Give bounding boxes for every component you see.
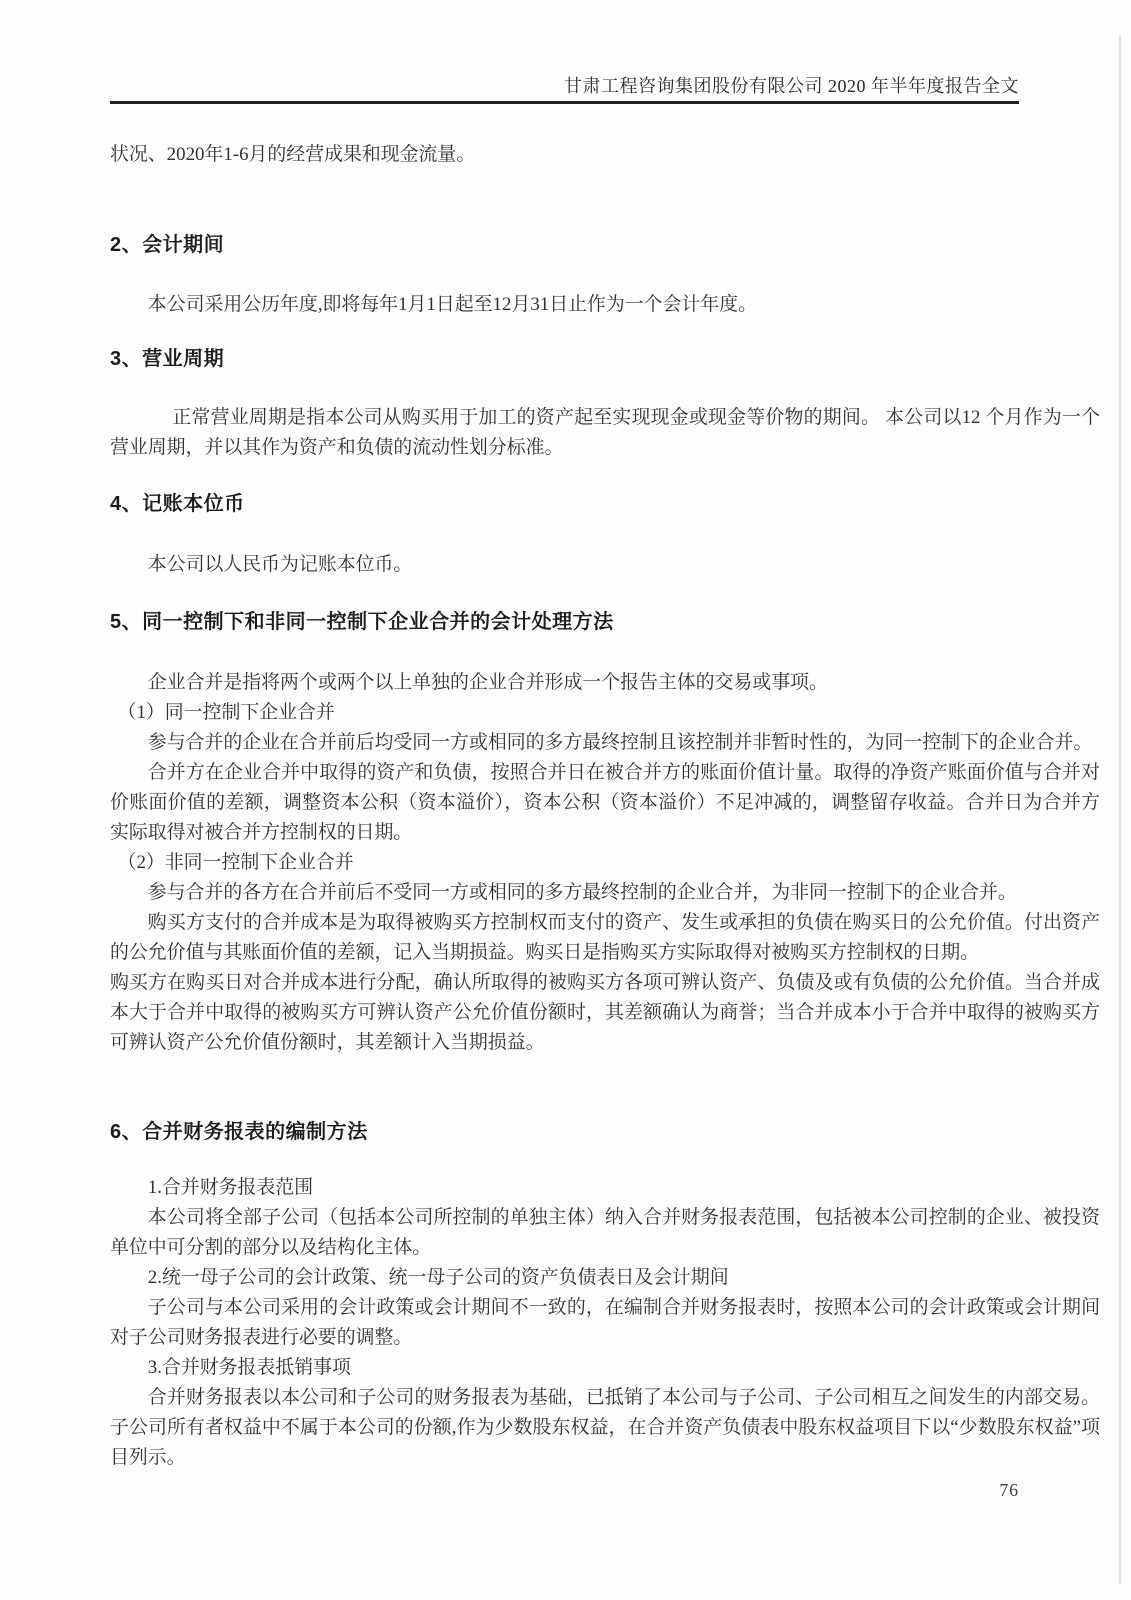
paragraph: 子公司与本公司采用的会计政策或会计期间不一致的，在编制合并财务报表时，按照本公司… <box>110 1293 1100 1353</box>
section-heading-business-combination: 5、同一控制下和非同一控制下企业合并的会计处理方法 <box>110 605 1100 639</box>
report-page: 甘肃工程咨询集团股份有限公司 2020 年半年度报告全文 状况、2020年1-6… <box>0 0 1131 1600</box>
paragraph: 2.统一母子公司的会计政策、统一母子公司的资产负债表日及会计期间 <box>110 1263 1100 1293</box>
scan-edge-artifact <box>1119 35 1121 1585</box>
paragraph: 购买方支付的合并成本是为取得被购买方控制权而支付的资产、发生或承担的负债在购买日… <box>110 908 1100 968</box>
running-header-title: 甘肃工程咨询集团股份有限公司 2020 年半年度报告全文 <box>564 76 1019 96</box>
paragraph: 3.合并财务报表抵销事项 <box>110 1353 1100 1383</box>
section-heading-operating-cycle: 3、营业周期 <box>110 342 1100 376</box>
intro-paragraph: 状况、2020年1-6月的经营成果和现金流量。 <box>110 140 1100 170</box>
section-heading-accounting-period: 2、会计期间 <box>110 228 1100 262</box>
paragraph: （2）非同一控制下企业合并 <box>110 848 1100 878</box>
paragraph: 正常营业周期是指本公司从购买用于加工的资产起至实现现金或现金等价物的期间。 本公… <box>110 403 1100 463</box>
paragraph: 合并方在企业合并中取得的资产和负债，按照合并日在被合并方的账面价值计量。取得的净… <box>110 758 1100 848</box>
section-heading-consolidated-statements: 6、合并财务报表的编制方法 <box>110 1115 1100 1149</box>
paragraph: 合并财务报表以本公司和子公司的财务报表为基础，已抵销了本公司与子公司、子公司相互… <box>110 1383 1100 1473</box>
section-heading-functional-currency: 4、记账本位币 <box>110 487 1100 521</box>
page-header: 甘肃工程咨询集团股份有限公司 2020 年半年度报告全文 <box>110 72 1019 98</box>
paragraph: 本公司将全部子公司（包括本公司所控制的单独主体）纳入合并财务报表范围，包括被本公… <box>110 1203 1100 1263</box>
page-number: 76 <box>1000 1480 1020 1500</box>
paragraph: 参与合并的企业在合并前后均受同一方或相同的多方最终控制且该控制并非暂时性的，为同… <box>110 728 1100 758</box>
document-body: 状况、2020年1-6月的经营成果和现金流量。 2、会计期间 本公司采用公历年度… <box>110 140 1100 1473</box>
paragraph: 本公司采用公历年度,即将每年1月1日起至12月31日止作为一个会计年度。 <box>110 290 1100 320</box>
paragraph: 参与合并的各方在合并前后不受同一方或相同的多方最终控制的企业合并，为非同一控制下… <box>110 878 1100 908</box>
paragraph: 本公司以人民币为记账本位币。 <box>110 550 1100 580</box>
paragraph: 购买方在购买日对合并成本进行分配，确认所取得的被购买方各项可辨认资产、负债及或有… <box>110 968 1100 1058</box>
page-footer: 76 <box>110 1480 1019 1501</box>
paragraph: （1）同一控制下企业合并 <box>110 698 1100 728</box>
header-rule <box>110 101 1019 104</box>
paragraph: 1.合并财务报表范围 <box>110 1173 1100 1203</box>
paragraph: 企业合并是指将两个或两个以上单独的企业合并形成一个报告主体的交易或事项。 <box>110 668 1100 698</box>
